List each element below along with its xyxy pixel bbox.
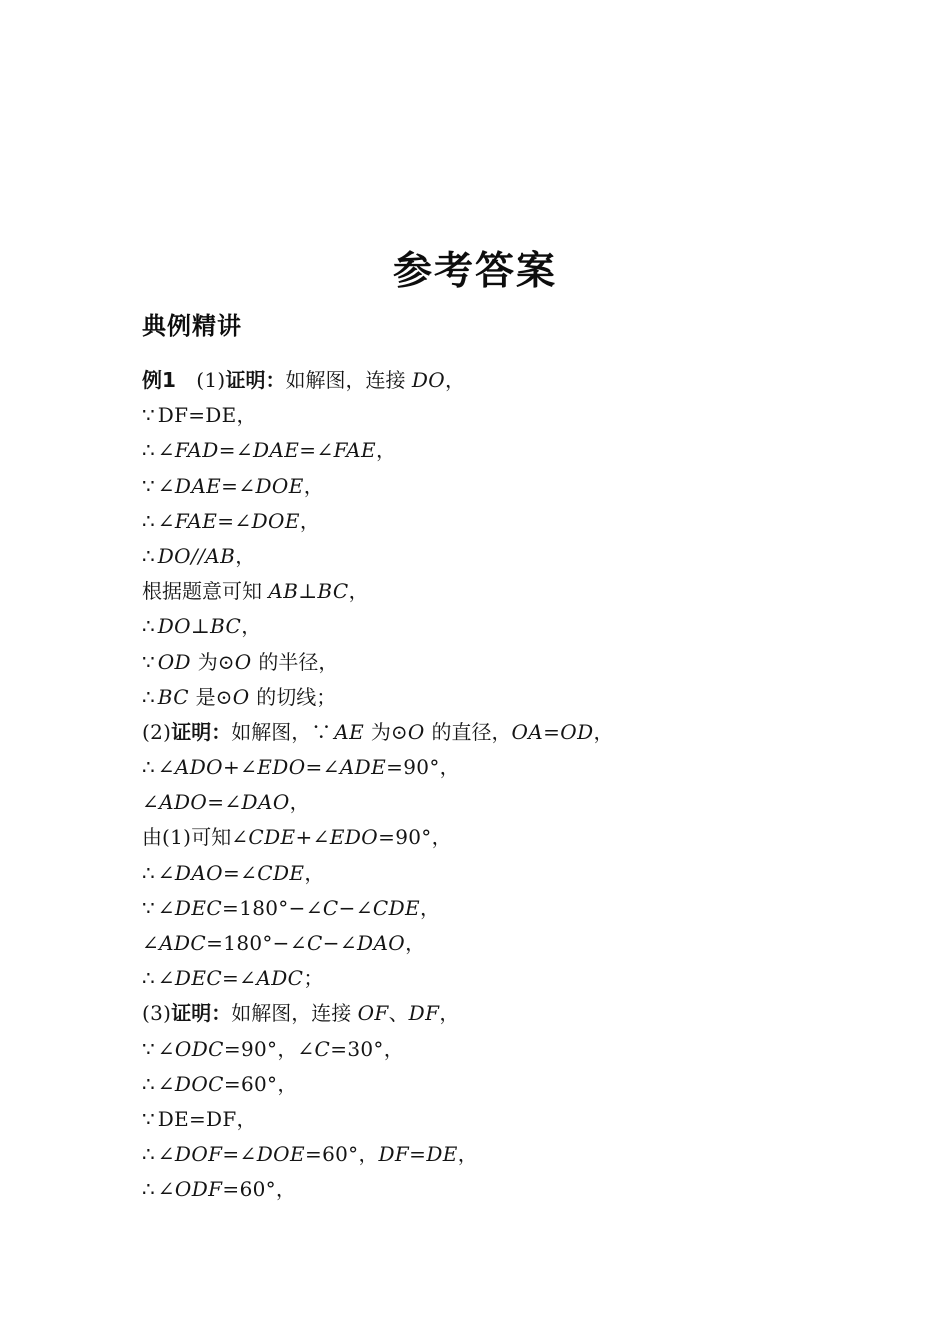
text-segment: ⊙ [218, 650, 235, 674]
text-segment: 如解图，连接 [231, 1001, 357, 1025]
text-segment: 的半径， [258, 650, 338, 674]
text-segment: OF [358, 1001, 389, 1025]
text-segment: O [233, 685, 257, 709]
text-segment: ， [277, 1037, 297, 1061]
text-line: ∴DO//AB， [142, 539, 890, 574]
text-segment: ， [440, 755, 460, 779]
text-line: ∵DE=DF， [142, 1102, 890, 1137]
text-segment: ∴ [142, 438, 155, 462]
text-segment: ， [235, 544, 255, 568]
text-segment: ， [276, 1177, 296, 1201]
text-segment: 的切线； [256, 685, 336, 709]
text-segment: ， [237, 403, 257, 427]
text-line: ∵∠DAE=∠DOE， [142, 469, 890, 504]
text-line: ∵DF=DE， [142, 398, 890, 433]
page-title: 参考答案 [0, 240, 950, 296]
text-segment: BC [210, 614, 241, 638]
text-segment: 60° [240, 1177, 276, 1201]
text-line: ∴∠DEC=∠ADC； [142, 961, 890, 996]
text-line: ∴∠DAO=∠CDE， [142, 856, 890, 891]
text-segment: ∠C= [297, 1037, 347, 1061]
text-line: 根据题意可知 AB⊥BC， [142, 574, 890, 609]
text-segment: 60° [322, 1142, 358, 1166]
text-segment: ∴ [142, 544, 155, 568]
text-line: ∴BC 是⊙O 的切线； [142, 680, 890, 715]
text-segment: ， [458, 1142, 478, 1166]
text-segment: (2) [142, 720, 171, 744]
text-segment: BC [317, 579, 348, 603]
text-segment: −∠C−∠CDE [289, 896, 420, 920]
text-segment: ∠DEC=∠ADC [158, 966, 304, 990]
text-line: (3)证明：如解图，连接 OF、DF， [142, 996, 890, 1031]
text-line: ∴∠DOF=∠DOE=60°，DF=DE， [142, 1137, 890, 1172]
text-segment: ⊥ [298, 579, 317, 603]
text-line: (2)证明：如解图，∵AE 为⊙O 的直径，OA=OD， [142, 715, 890, 750]
text-segment: ∴ [142, 861, 155, 885]
text-segment: 为 [198, 650, 218, 674]
text-segment: 可知 [191, 825, 231, 849]
text-segment: ， [432, 825, 452, 849]
text-line: ∴∠FAE=∠DOE， [142, 504, 890, 539]
text-segment: DF [409, 1001, 440, 1025]
text-segment: ， [277, 1072, 297, 1096]
text-line: ∴∠FAD=∠DAE=∠FAE， [142, 433, 890, 468]
text-segment: ∵ [142, 650, 155, 674]
text-segment: ∵ [142, 1107, 155, 1131]
text-segment: AB [268, 579, 298, 603]
text-segment: ， [358, 1142, 378, 1166]
text-line: ∠ADO=∠DAO， [142, 785, 890, 820]
text-segment: ， [304, 861, 324, 885]
text-segment: 90° [241, 1037, 277, 1061]
text-segment: OA=OD [511, 720, 593, 744]
text-segment: OD [158, 650, 198, 674]
text-line: 例1 (1)证明：如解图，连接 DO， [142, 363, 890, 398]
text-segment: 如解图，连接 [285, 368, 411, 392]
text-segment: ， [237, 1107, 257, 1131]
text-segment: (1) [162, 825, 191, 849]
text-segment: ， [290, 790, 310, 814]
text-segment: 60° [241, 1072, 277, 1096]
text-segment: 是 [196, 685, 216, 709]
text-segment: ， [384, 1037, 404, 1061]
text-segment: ∵ [142, 474, 155, 498]
text-segment: 证明： [171, 720, 231, 744]
text-segment: ∴ [142, 509, 155, 533]
text-segment: 、 [389, 1001, 409, 1025]
text-segment: ∴ [142, 755, 155, 779]
text-segment: ， [300, 509, 320, 533]
text-segment: (3) [142, 1001, 171, 1025]
text-segment: ； [303, 966, 323, 990]
text-segment: ∠CDE+∠EDO= [231, 825, 395, 849]
text-segment: ∴ [142, 1177, 155, 1201]
text-segment: −∠C−∠DAO [273, 931, 405, 955]
text-segment: 90° [403, 755, 439, 779]
text-segment: ∠FAE=∠DOE [158, 509, 300, 533]
text-segment: 90° [395, 825, 431, 849]
text-segment: ， [439, 1001, 459, 1025]
text-segment: DO//AB [158, 544, 235, 568]
text-segment: ∠DAO=∠CDE [158, 861, 305, 885]
text-line: ∵OD 为⊙O 的半径， [142, 645, 890, 680]
text-segment: 180° [239, 896, 288, 920]
text-segment: ⊙ [391, 720, 408, 744]
text-segment: ， [594, 720, 614, 744]
text-segment: DF=DE [378, 1142, 457, 1166]
text-segment: ， [420, 896, 440, 920]
text-segment: ∴ [142, 1142, 155, 1166]
text-segment: ∵ [311, 720, 331, 744]
text-segment: 证明： [225, 368, 285, 392]
text-segment: ∠DEC= [158, 896, 239, 920]
text-segment: AE [334, 720, 371, 744]
text-segment: ∠DOC= [158, 1072, 241, 1096]
text-line: ∵∠ODC=90°，∠C=30°， [142, 1032, 890, 1067]
text-segment: ∠ODC= [158, 1037, 241, 1061]
text-segment: (1) [176, 368, 226, 392]
text-segment: ∴ [142, 685, 155, 709]
document-page: 参考答案 典例精讲 例1 (1)证明：如解图，连接 DO，∵DF=DE，∴∠FA… [0, 0, 950, 1344]
text-segment: ， [304, 474, 324, 498]
text-segment: ∠ODF= [158, 1177, 240, 1201]
text-segment: ∵ [142, 896, 155, 920]
text-segment: DE=DF [158, 1107, 237, 1131]
text-line: ∴∠ADO+∠EDO=∠ADE=90°， [142, 750, 890, 785]
text-segment: ∠ADC= [142, 931, 223, 955]
text-line: 由(1)可知∠CDE+∠EDO=90°， [142, 820, 890, 855]
text-segment: DF=DE [158, 403, 237, 427]
section-heading: 典例精讲 [142, 306, 242, 341]
text-line: ∴∠ODF=60°， [142, 1172, 890, 1207]
text-segment: 为 [371, 720, 391, 744]
text-segment: ， [405, 931, 425, 955]
text-segment: 根据题意可知 [142, 579, 268, 603]
text-segment: 的直径， [431, 720, 511, 744]
text-segment: ， [376, 438, 396, 462]
text-segment: DO [158, 614, 191, 638]
text-segment: BC [158, 685, 196, 709]
text-segment: 30° [347, 1037, 383, 1061]
text-segment: 例1 [142, 368, 176, 392]
text-segment: ∴ [142, 1072, 155, 1096]
text-segment: ∠DOF=∠DOE= [158, 1142, 322, 1166]
text-segment: ∴ [142, 966, 155, 990]
text-segment: ⊥ [191, 614, 210, 638]
text-segment: ∠ADO=∠DAO [142, 790, 290, 814]
text-segment: DO [412, 368, 445, 392]
text-segment: ∴ [142, 614, 155, 638]
text-segment: ∵ [142, 1037, 155, 1061]
text-segment: 由 [142, 825, 162, 849]
text-line: ∴DO⊥BC， [142, 609, 890, 644]
text-line: ∴∠DOC=60°， [142, 1067, 890, 1102]
text-segment: ⊙ [216, 685, 233, 709]
text-segment: ， [445, 368, 465, 392]
text-segment: ， [241, 614, 261, 638]
text-segment: O [235, 650, 259, 674]
text-line: ∵∠DEC=180°−∠C−∠CDE， [142, 891, 890, 926]
answer-lines: 例1 (1)证明：如解图，连接 DO，∵DF=DE，∴∠FAD=∠DAE=∠FA… [142, 363, 890, 1208]
text-segment: 180° [223, 931, 272, 955]
text-segment: ∠ADO+∠EDO=∠ADE= [158, 755, 404, 779]
text-line: ∠ADC=180°−∠C−∠DAO， [142, 926, 890, 961]
text-segment: O [408, 720, 432, 744]
text-segment: ， [349, 579, 369, 603]
text-segment: ∠FAD=∠DAE=∠FAE [158, 438, 376, 462]
text-segment: ∵ [142, 403, 155, 427]
text-segment: ∠DAE=∠DOE [158, 474, 304, 498]
text-segment: 如解图， [231, 720, 311, 744]
text-segment: 证明： [171, 1001, 231, 1025]
